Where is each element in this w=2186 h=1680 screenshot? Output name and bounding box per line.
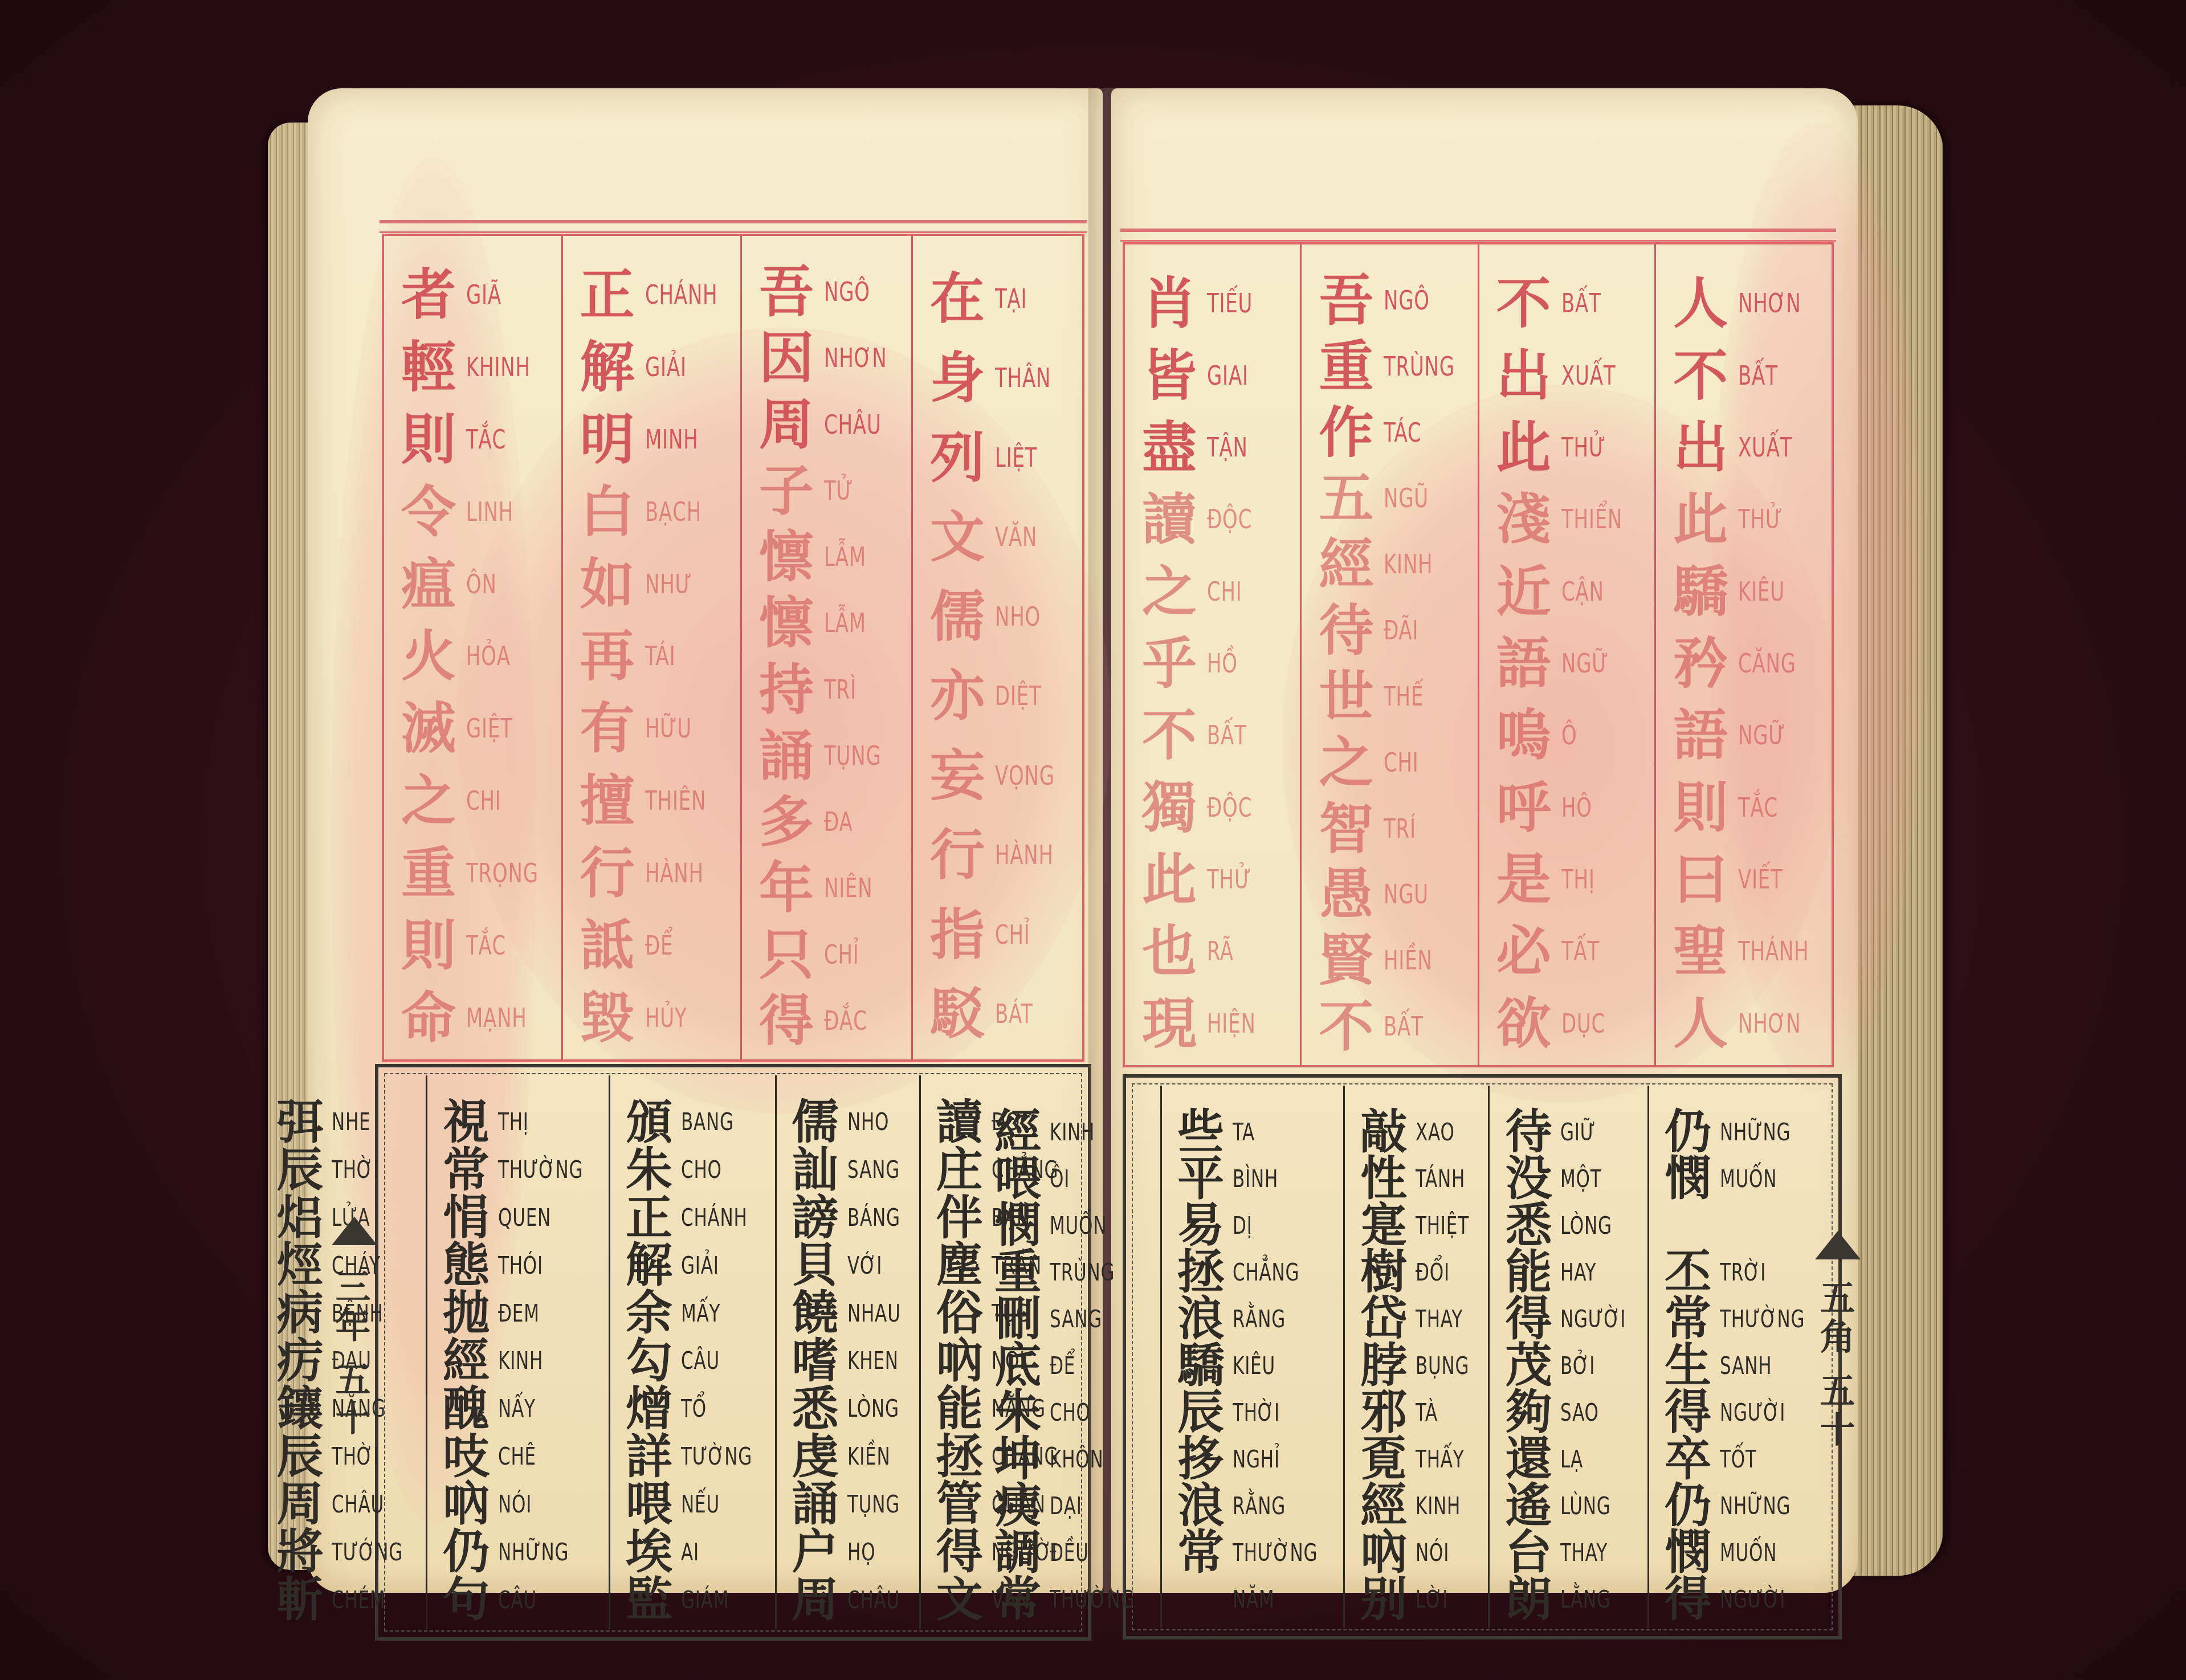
han-character: 吶 bbox=[438, 1481, 495, 1527]
glyph-pair: 常THƯỜNG bbox=[438, 1146, 602, 1194]
han-character: 朗 bbox=[1500, 1576, 1557, 1622]
quoc-ngu-reading: ÔI bbox=[1050, 1165, 1070, 1193]
glyph-pair: 調ĐỀU bbox=[989, 1529, 1153, 1576]
quoc-ngu-reading: GIỮ bbox=[1560, 1118, 1596, 1146]
glyph-pair: 嗜KHEN bbox=[787, 1337, 912, 1385]
quoc-ngu-reading: LÒNG bbox=[847, 1394, 899, 1422]
quoc-ngu-reading: NHƠN bbox=[1738, 1008, 1801, 1039]
han-character: 肖 bbox=[1135, 276, 1204, 331]
han-character: 智 bbox=[1312, 801, 1380, 856]
han-character: 敲 bbox=[1355, 1108, 1412, 1155]
han-character: 病 bbox=[271, 1290, 328, 1336]
han-character: 仍 bbox=[438, 1528, 495, 1575]
glyph-pair: 𢆥NĂM bbox=[1172, 1576, 1336, 1622]
quoc-ngu-reading: TA bbox=[1233, 1118, 1255, 1146]
quoc-ngu-reading: ĐỘC bbox=[1207, 504, 1252, 535]
han-character: 寔 bbox=[1355, 1202, 1412, 1249]
glyph-pair: 還LẠ bbox=[1500, 1436, 1641, 1482]
quoc-ngu-reading: KINH bbox=[1416, 1492, 1461, 1520]
han-character: 憫 bbox=[989, 1202, 1046, 1249]
han-character: 者 bbox=[394, 267, 463, 322]
quoc-ngu-reading: CHÂU bbox=[824, 409, 882, 440]
text-column: 肖TIẾU皆GIAI盡TẬN讀ĐỘC之CHI乎HỒ不BẤT獨ĐỘC此THỬ也RÃ… bbox=[1125, 244, 1302, 1065]
han-character: 焒 bbox=[271, 1194, 328, 1241]
quoc-ngu-reading: RẰNG bbox=[1233, 1492, 1286, 1520]
han-character: 是 bbox=[1490, 852, 1558, 907]
glyph-pair: 平BÌNH bbox=[1172, 1155, 1336, 1202]
han-character: 户 bbox=[787, 1528, 844, 1575]
quoc-ngu-reading: XAO bbox=[1416, 1118, 1455, 1146]
han-character: 經 bbox=[1312, 537, 1380, 592]
quoc-ngu-reading: ĐỂ bbox=[1050, 1352, 1075, 1380]
glyph-pair: 令LINH bbox=[394, 475, 554, 548]
han-character: 解 bbox=[573, 340, 642, 394]
han-character: 熷 bbox=[621, 1385, 678, 1432]
quoc-ngu-reading: TIẾU bbox=[1207, 288, 1253, 319]
quoc-ngu-reading: CHO bbox=[1050, 1398, 1091, 1426]
quoc-ngu-reading: TƯỚNG bbox=[332, 1538, 403, 1566]
han-character: 易 bbox=[1172, 1202, 1229, 1249]
glyph-pair: 經KINH bbox=[1312, 531, 1470, 597]
glyph-pair: 此THỬ bbox=[1666, 483, 1825, 555]
text-column: 吾NGÔ重TRÙNG作TÁC五NGŨ經KINH待ĐÃI世THẾ之CHI智TRÍ愚… bbox=[1302, 244, 1479, 1065]
glyph-pair: 讀ĐỘC bbox=[1135, 483, 1293, 555]
han-character: 出 bbox=[1490, 348, 1558, 403]
quoc-ngu-reading: THƯỜNG bbox=[1233, 1539, 1318, 1567]
han-character: 遙 bbox=[1500, 1482, 1557, 1529]
glyph-pair: 愚NGU bbox=[1312, 861, 1470, 927]
quoc-ngu-reading: TRÙNG bbox=[1384, 351, 1455, 382]
quoc-ngu-reading: TẤT bbox=[1561, 936, 1600, 967]
glyph-pair: 勾CÂU bbox=[621, 1337, 768, 1385]
glyph-pair: 如NHƯ bbox=[573, 548, 733, 620]
glyph-pair: 憫MUỐN bbox=[1659, 1529, 1824, 1576]
quoc-ngu-reading: BÌNH bbox=[1233, 1165, 1278, 1193]
glyph-pair: 得ĐẮC bbox=[752, 988, 904, 1054]
quoc-ngu-reading: SANG bbox=[1050, 1305, 1102, 1333]
glyph-pair: 矜CĂNG bbox=[1666, 627, 1825, 699]
glyph-pair: 常THƯỜNG bbox=[1659, 1295, 1824, 1342]
glyph-pair: 辰THỜI bbox=[271, 1146, 419, 1194]
quoc-ngu-reading: TRÌ bbox=[824, 674, 857, 705]
han-character: 拯 bbox=[1172, 1249, 1229, 1295]
han-character: 獨 bbox=[1135, 780, 1204, 835]
quoc-ngu-reading: RÃ bbox=[1207, 936, 1234, 967]
glyph-pair: 文VĂN bbox=[923, 498, 1075, 577]
han-character: 瘟 bbox=[394, 557, 463, 611]
left-page-margin-label: 三年 五十 bbox=[325, 1268, 376, 1439]
han-character: 文 bbox=[923, 509, 992, 564]
han-character: 浪 bbox=[1172, 1295, 1229, 1342]
quoc-ngu-reading: THƯỜNG bbox=[498, 1156, 583, 1184]
glyph-pair: 辰THỜI bbox=[271, 1433, 419, 1481]
han-character: 浪 bbox=[1172, 1482, 1229, 1529]
han-character: 也 bbox=[1135, 924, 1204, 978]
quoc-ngu-reading: ÔN bbox=[466, 569, 497, 600]
quoc-ngu-reading: THIỆT bbox=[1416, 1212, 1469, 1239]
glyph-pair: 人NHƠN bbox=[1666, 267, 1825, 339]
han-character: 調 bbox=[989, 1529, 1046, 1576]
glyph-pair: 儒NHO bbox=[923, 577, 1075, 656]
han-character: 拸 bbox=[1172, 1436, 1229, 1482]
glyph-pair: 指CHỈ bbox=[923, 895, 1075, 974]
glyph-pair: 虔KIỀN bbox=[787, 1433, 912, 1481]
glyph-pair: 寔THIỆT bbox=[1355, 1202, 1481, 1249]
text-column: 人NHƠN不BẤT出XUẤT此THỬ驕KIÊU矜CĂNG語NGỮ則TẮC曰VIẾ… bbox=[1656, 244, 1832, 1065]
text-column: 些TA平BÌNH易DỊ拯CHẲNG浪RẰNG驕KIÊU辰THỜI拸NGHỈ浪RẰ… bbox=[1162, 1086, 1345, 1628]
glyph-pair: 淺THIỂN bbox=[1490, 483, 1647, 555]
glyph-pair: 此THỬ bbox=[1490, 411, 1647, 483]
han-character: 此 bbox=[1135, 852, 1204, 907]
quoc-ngu-reading: ĐÃI bbox=[1384, 615, 1418, 646]
glyph-pair: 朗LẰNG bbox=[1500, 1576, 1641, 1622]
quoc-ngu-reading: LỜI bbox=[1416, 1585, 1448, 1613]
glyph-pair: 茂BỞI bbox=[1500, 1342, 1641, 1389]
han-character: 火 bbox=[394, 629, 463, 683]
glyph-pair: 浪RẰNG bbox=[1172, 1295, 1336, 1342]
quoc-ngu-reading: LẪM bbox=[824, 607, 866, 638]
glyph-pair: 肖TIẾU bbox=[1135, 267, 1293, 339]
han-character: 滅 bbox=[394, 701, 463, 756]
han-character: 此 bbox=[1666, 492, 1735, 547]
han-character: 監 bbox=[621, 1576, 678, 1623]
quoc-ngu-reading: THÂN bbox=[995, 362, 1051, 393]
han-character: 擅 bbox=[573, 773, 642, 828]
text-column: 不BẤT出XUẤT此THỬ淺THIỂN近CẬN語NGỮ嗚Ô呼HÔ是THỊ必TẤT… bbox=[1479, 244, 1656, 1065]
quoc-ngu-reading: THỜI bbox=[332, 1442, 379, 1470]
quoc-ngu-reading: MINH bbox=[645, 424, 698, 455]
han-character: 命 bbox=[394, 990, 463, 1045]
quoc-ngu-reading: THỬ bbox=[1561, 432, 1606, 463]
quoc-ngu-reading: NHỮNG bbox=[1720, 1492, 1791, 1520]
quoc-ngu-reading: THỬ bbox=[1207, 864, 1251, 895]
quoc-ngu-reading: AI bbox=[681, 1538, 699, 1566]
glyph-pair: 毀HỦY bbox=[573, 981, 733, 1054]
han-character: 重 bbox=[1312, 339, 1380, 394]
glyph-pair: 痍DẠI bbox=[989, 1482, 1153, 1529]
glyph-pair: 聖THÁNH bbox=[1666, 915, 1825, 987]
glyph-pair: 行HÀNH bbox=[573, 837, 733, 910]
quoc-ngu-reading: NẾU bbox=[681, 1490, 720, 1518]
han-character: 周 bbox=[752, 397, 821, 452]
glyph-pair: 也RÃ bbox=[1135, 915, 1293, 987]
glyph-pair: 謗BÁNG bbox=[787, 1194, 912, 1242]
quoc-ngu-reading: TỔ bbox=[681, 1394, 707, 1422]
glyph-pair: 吶NÓI bbox=[1355, 1529, 1481, 1576]
han-character: 行 bbox=[923, 827, 992, 882]
quoc-ngu-reading: MỘT bbox=[1560, 1165, 1602, 1193]
han-character: 辰 bbox=[271, 1147, 328, 1193]
han-character: 得 bbox=[752, 993, 821, 1048]
glyph-pair: 懔LẪM bbox=[752, 590, 904, 656]
glyph-pair: 白BẠCH bbox=[573, 475, 733, 548]
quoc-ngu-reading: TỤNG bbox=[847, 1490, 900, 1518]
quoc-ngu-reading: HỒ bbox=[1207, 648, 1238, 679]
glyph-pair: 户HỌ bbox=[787, 1528, 912, 1576]
quoc-ngu-reading: QUEN bbox=[498, 1204, 551, 1232]
quoc-ngu-reading: LIỆT bbox=[995, 442, 1037, 473]
glyph-pair: 得NGƯỜI bbox=[1659, 1389, 1824, 1436]
glyph-pair: 性TÁNH bbox=[1355, 1155, 1481, 1202]
quoc-ngu-reading: TẮC bbox=[466, 424, 506, 455]
han-character: 周 bbox=[271, 1481, 328, 1527]
glyph-pair: 經KINH bbox=[989, 1108, 1153, 1155]
glyph-pair: 者GIÃ bbox=[394, 259, 554, 331]
han-character: 令 bbox=[394, 484, 463, 539]
han-character: 儒 bbox=[787, 1099, 844, 1145]
glyph-pair: 正CHÁNH bbox=[621, 1194, 768, 1242]
quoc-ngu-reading: NGỮ bbox=[1561, 648, 1609, 679]
han-character: 駁 bbox=[923, 986, 992, 1041]
quoc-ngu-reading: NHAU bbox=[847, 1299, 901, 1327]
han-character: 愚 bbox=[1312, 867, 1380, 921]
han-character: 悉 bbox=[787, 1385, 844, 1432]
quoc-ngu-reading: TỬ bbox=[824, 475, 853, 506]
quoc-ngu-reading: TRỜI bbox=[1720, 1258, 1766, 1286]
han-character: 人 bbox=[1666, 276, 1735, 331]
glyph-pair: 再TÁI bbox=[573, 620, 733, 692]
glyph-pair: 之CHI bbox=[1135, 555, 1293, 627]
han-character: 生 bbox=[1659, 1342, 1716, 1389]
quoc-ngu-reading: ĐEM bbox=[498, 1299, 540, 1327]
glyph-pair: 覔THẤY bbox=[1355, 1436, 1481, 1482]
glyph-pair: 獨ĐỘC bbox=[1135, 772, 1293, 843]
quoc-ngu-reading: MUỐN bbox=[1050, 1212, 1107, 1239]
glyph-pair: 近CẬN bbox=[1490, 555, 1647, 627]
han-character: 近 bbox=[1490, 564, 1558, 619]
quoc-ngu-reading: NGÔ bbox=[824, 276, 870, 307]
glyph-pair: 敲XAO bbox=[1355, 1108, 1481, 1155]
left-upper-red-frame: 在TẠI身THÂN列LIỆT文VĂN儒NHO亦DIỆT妄VỌNG行HÀNH指CH… bbox=[382, 234, 1084, 1062]
quoc-ngu-reading: NHO bbox=[847, 1108, 889, 1136]
text-column: 頒BANG朱CHO正CHÁNH解GIẢI余MẤY勾CÂU熷TỔ詳TƯỜNG喂NẾ… bbox=[610, 1075, 777, 1629]
quoc-ngu-reading: XUẤT bbox=[1738, 432, 1792, 463]
quoc-ngu-reading: DỤC bbox=[1561, 1008, 1605, 1039]
han-character: 乎 bbox=[1135, 636, 1204, 691]
quoc-ngu-reading: CHI bbox=[466, 785, 501, 816]
glyph-pair: 之CHI bbox=[1312, 729, 1470, 796]
quoc-ngu-reading: TẮC bbox=[466, 930, 506, 961]
han-character: 解 bbox=[621, 1242, 678, 1288]
quoc-ngu-reading: TỐT bbox=[1720, 1445, 1757, 1473]
han-character: 則 bbox=[394, 918, 463, 973]
quoc-ngu-reading: CĂNG bbox=[1738, 648, 1796, 679]
han-character: 因 bbox=[752, 331, 821, 385]
quoc-ngu-reading: BẤT bbox=[1738, 360, 1778, 391]
quoc-ngu-reading: CHO bbox=[681, 1156, 722, 1184]
right-page-margin-label: 五角 五十 bbox=[1809, 1279, 1860, 1450]
quoc-ngu-reading: NHỮNG bbox=[1720, 1118, 1791, 1146]
quoc-ngu-reading: THƯỜNG bbox=[1050, 1585, 1135, 1613]
glyph-pair: 子TỬ bbox=[752, 458, 904, 524]
glyph-pair: 視THỊ bbox=[438, 1098, 602, 1146]
glyph-pair: 刪SANG bbox=[989, 1295, 1153, 1342]
glyph-pair: 解GIẢI bbox=[573, 331, 733, 403]
han-character: 列 bbox=[923, 430, 992, 485]
quoc-ngu-reading: THỬ bbox=[1738, 504, 1783, 535]
glyph-pair: 列LIỆT bbox=[923, 418, 1075, 498]
han-character: 世 bbox=[1312, 669, 1380, 724]
han-character: 底 bbox=[989, 1342, 1046, 1389]
quoc-ngu-reading: NGƯỜI bbox=[1560, 1305, 1626, 1333]
glyph-pair: 解GIẢI bbox=[621, 1241, 768, 1289]
han-character: 吾 bbox=[1312, 273, 1380, 328]
glyph-pair: 辰THỜI bbox=[1172, 1389, 1336, 1436]
quoc-ngu-reading: BẤT bbox=[1207, 720, 1247, 751]
quoc-ngu-reading: CHÁNH bbox=[645, 279, 717, 310]
quoc-ngu-reading: NGƯỜI bbox=[1720, 1585, 1785, 1613]
han-character: 得 bbox=[1500, 1295, 1557, 1342]
glyph-pair: 則TẮC bbox=[394, 909, 554, 981]
glyph-pair: 世THẾ bbox=[1312, 663, 1470, 729]
han-character: 不 bbox=[1666, 348, 1735, 403]
glyph-pair: 待ĐÃI bbox=[1312, 597, 1470, 663]
glyph-pair: 語NGỮ bbox=[1490, 627, 1647, 699]
han-character: 曰 bbox=[1666, 852, 1735, 907]
quoc-ngu-reading: NHƠN bbox=[824, 342, 887, 373]
han-character: 吾 bbox=[752, 264, 821, 319]
glyph-pair: 重TRÙNG bbox=[989, 1249, 1153, 1295]
quoc-ngu-reading: CHI bbox=[1207, 576, 1242, 607]
quoc-ngu-reading: CHẲNG bbox=[1233, 1258, 1299, 1286]
han-character: 還 bbox=[1500, 1436, 1557, 1482]
quoc-ngu-reading: MUỐN bbox=[1720, 1165, 1777, 1193]
han-character: 經 bbox=[989, 1108, 1046, 1155]
quoc-ngu-reading: CHỈ bbox=[995, 919, 1030, 950]
glyph-pair: 儒NHO bbox=[787, 1098, 912, 1146]
glyph-pair: 經KINH bbox=[438, 1337, 602, 1385]
glyph-pair: 擅THIÊN bbox=[573, 765, 733, 837]
glyph-pair: 底ĐỂ bbox=[989, 1342, 1153, 1389]
quoc-ngu-reading: VỌNG bbox=[995, 760, 1055, 791]
glyph-pair: 行HÀNH bbox=[923, 815, 1075, 895]
quoc-ngu-reading: NGƯỜI bbox=[1720, 1398, 1785, 1426]
glyph-pair: 悁QUEN bbox=[438, 1194, 602, 1242]
glyph-pair: 是THỊ bbox=[1490, 843, 1647, 915]
glyph-pair: 憫MUỐN bbox=[1659, 1155, 1824, 1202]
quoc-ngu-reading: HỦY bbox=[645, 1002, 687, 1033]
quoc-ngu-reading: GIẢI bbox=[645, 352, 687, 382]
han-character: 經 bbox=[1355, 1482, 1412, 1529]
text-column: 仍NHỮNG憫MUỐN丕TRỜI常THƯỜNG生SANH得NGƯỜI卒TỐT仍N… bbox=[1649, 1086, 1830, 1628]
glyph-pair: 驕KIÊU bbox=[1172, 1342, 1336, 1389]
quoc-ngu-reading: THƯỜNG bbox=[1720, 1305, 1805, 1333]
quoc-ngu-reading: BẠCH bbox=[645, 496, 702, 527]
han-character: 喂 bbox=[989, 1155, 1046, 1202]
quoc-ngu-reading: GIẢI bbox=[681, 1251, 719, 1279]
han-character: 仍 bbox=[1659, 1108, 1716, 1155]
quoc-ngu-reading: NGÔ bbox=[1384, 285, 1430, 316]
glyph-pair: 必TẤT bbox=[1490, 915, 1647, 987]
han-character: 能 bbox=[1500, 1249, 1557, 1295]
han-character: 呼 bbox=[1490, 780, 1558, 835]
han-character: 句 bbox=[438, 1576, 495, 1623]
quoc-ngu-reading: THIÊN bbox=[645, 785, 706, 816]
han-character: 别 bbox=[1355, 1576, 1412, 1622]
right-page: 人NHƠN不BẤT出XUẤT此THỬ驕KIÊU矜CĂNG語NGỮ則TẮC曰VIẾ… bbox=[1111, 88, 1858, 1593]
quoc-ngu-reading: KHEN bbox=[847, 1347, 899, 1375]
glyph-pair: 有HỮU bbox=[573, 692, 733, 765]
han-character: 持 bbox=[752, 662, 821, 717]
han-character: 則 bbox=[1666, 780, 1735, 835]
quoc-ngu-reading: ĐỘC bbox=[1207, 792, 1252, 823]
glyph-pair: 火HỎA bbox=[394, 620, 554, 692]
han-character: 没 bbox=[1500, 1155, 1557, 1202]
han-character: 喂 bbox=[621, 1481, 678, 1527]
glyph-pair: 脖BỤNG bbox=[1355, 1342, 1481, 1389]
glyph-pair: 拯CHẲNG bbox=[1172, 1249, 1336, 1295]
glyph-pair: 嗚Ô bbox=[1490, 699, 1647, 771]
glyph-pair: 則TẮC bbox=[394, 403, 554, 476]
han-character: 人 bbox=[1666, 996, 1735, 1051]
glyph-pair: 得NGƯỜI bbox=[1500, 1295, 1641, 1342]
glyph-pair: 仍NHỮNG bbox=[1659, 1108, 1824, 1155]
glyph-pair: 饒NHAU bbox=[787, 1289, 912, 1337]
han-character: 亦 bbox=[923, 668, 992, 723]
han-character: 之 bbox=[394, 773, 463, 828]
han-character: 語 bbox=[1666, 708, 1735, 762]
quoc-ngu-reading: KHINH bbox=[466, 352, 531, 382]
quoc-ngu-reading: THỊ bbox=[1561, 864, 1595, 895]
quoc-ngu-reading: HÀNH bbox=[645, 858, 704, 888]
han-character: 仍 bbox=[1659, 1482, 1716, 1529]
glyph-pair: 年NIÊN bbox=[752, 855, 904, 921]
han-character: 謗 bbox=[787, 1194, 844, 1241]
han-character: 覔 bbox=[1355, 1436, 1412, 1482]
quoc-ngu-reading: TRỌNG bbox=[466, 858, 539, 888]
glyph-pair: 將TƯỚNG bbox=[271, 1528, 419, 1576]
text-column: 正CHÁNH解GIẢI明MINH白BẠCH如NHƯ再TÁI有HỮU擅THIÊN行… bbox=[563, 236, 742, 1059]
han-character: 性 bbox=[1355, 1155, 1412, 1202]
quoc-ngu-reading: Ô bbox=[1561, 720, 1577, 751]
han-character: 不 bbox=[1490, 276, 1558, 331]
quoc-ngu-reading: CHÁNH bbox=[681, 1204, 748, 1232]
quoc-ngu-reading: THỜI bbox=[332, 1156, 379, 1184]
quoc-ngu-reading: LINH bbox=[466, 496, 513, 527]
quoc-ngu-reading: THAY bbox=[1416, 1305, 1463, 1333]
han-character: 現 bbox=[1135, 996, 1204, 1051]
quoc-ngu-reading: CHÊ bbox=[498, 1442, 536, 1470]
glyph-pair: 人NHƠN bbox=[1666, 988, 1825, 1059]
quoc-ngu-reading: CẬN bbox=[1561, 576, 1604, 607]
quoc-ngu-reading: KIỀN bbox=[847, 1442, 890, 1470]
quoc-ngu-reading: HAY bbox=[1560, 1258, 1596, 1286]
glyph-pair: 只CHỈ bbox=[752, 921, 904, 988]
han-character: 憫 bbox=[1659, 1529, 1716, 1576]
han-character: 誦 bbox=[787, 1481, 844, 1527]
quoc-ngu-reading: MẤY bbox=[681, 1299, 720, 1327]
han-character: 悉 bbox=[1500, 1202, 1557, 1249]
glyph-pair: 周CHÂU bbox=[787, 1576, 912, 1624]
han-character: 懔 bbox=[752, 529, 821, 584]
glyph-pair: 常THƯỜNG bbox=[989, 1576, 1153, 1622]
han-character: 茂 bbox=[1500, 1342, 1557, 1389]
han-character: 指 bbox=[923, 907, 992, 962]
text-column: 敲XAO性TÁNH寔THIỆT樹ĐỔI岱THAY脖BỤNG邪TÀ覔THẤY經KI… bbox=[1345, 1086, 1490, 1628]
glyph-pair: 丕TRỜI bbox=[1659, 1249, 1824, 1295]
glyph-pair: 没MỘT bbox=[1500, 1155, 1641, 1202]
quoc-ngu-reading: LÙNG bbox=[1560, 1492, 1611, 1520]
han-character: 吱 bbox=[438, 1433, 495, 1480]
quoc-ngu-reading: GIÁM bbox=[681, 1586, 729, 1614]
glyph-pair: 訕SANG bbox=[787, 1146, 912, 1194]
han-character: 語 bbox=[1490, 636, 1558, 691]
han-character: 鑲 bbox=[271, 1385, 328, 1432]
han-character: 刪 bbox=[989, 1295, 1046, 1342]
quoc-ngu-reading: NGHỈ bbox=[1233, 1445, 1280, 1473]
quoc-ngu-reading: DỊ bbox=[1233, 1212, 1253, 1239]
quoc-ngu-reading: TẬN bbox=[1207, 432, 1248, 463]
